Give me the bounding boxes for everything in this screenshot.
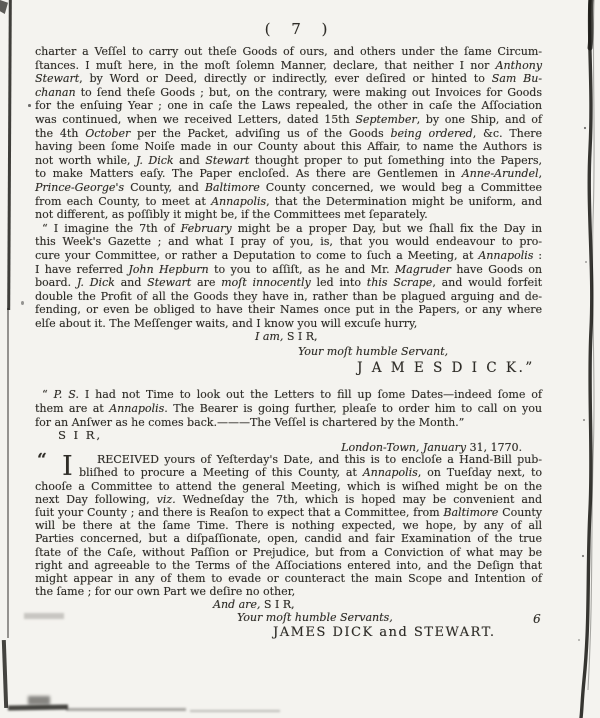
letter2: S I R, London-Town, January 31, 1770. “ … xyxy=(35,429,542,641)
text-line: to make Matters eaſy. The Paper encloſed… xyxy=(35,167,542,181)
text-line: for an Anſwer as he comes back.———The Ve… xyxy=(35,416,542,430)
text-line: ſuit your County ; and there is Reaſon t… xyxy=(35,506,542,519)
text-line: board. J. Dick and Stewart are moſt inno… xyxy=(35,276,542,290)
text-line: fending, or even be obliged to have thei… xyxy=(35,303,542,317)
valediction-line: Your moſt humble Servant, xyxy=(298,344,542,359)
valediction-line: Your moſt humble Servants, xyxy=(237,611,542,625)
scan-edge-left xyxy=(2,640,8,708)
scan-smudge-bottom xyxy=(8,704,68,710)
text-line: might appear in any of them to evade or … xyxy=(35,572,542,585)
postscript: “ P. S. I had not Time to look out the L… xyxy=(35,388,542,429)
page-number: ( 7 ) xyxy=(0,20,600,38)
text-line: the 4th October per the Packet, adviſing… xyxy=(35,127,542,141)
text-line: ſtances. I muſt here, in the moſt ſolemn… xyxy=(35,59,542,73)
text-line: cure your Committee, or rather a Deputat… xyxy=(35,249,542,263)
text-line: Parties concerned, but a diſpaſſionate, … xyxy=(35,532,542,545)
text-line: elſe about it. The Meſſenger waits, and … xyxy=(35,317,542,331)
letter2-body: “ I RECEIVED yours of Yeſterday's Date, … xyxy=(35,453,542,598)
gathering-mark: 6 xyxy=(533,612,541,626)
text-line: them are at Annapolis. The Bearer is goi… xyxy=(35,402,542,416)
opening-quote: “ xyxy=(37,454,46,467)
scan-smudge-bottom xyxy=(66,708,186,711)
letter2-closing: And are, S I R, Your moſt humble Servant… xyxy=(35,598,542,641)
text-line: Prince-George's County, and Baltimore Co… xyxy=(35,181,542,195)
text-line: double the Profit of all the Goods they … xyxy=(35,290,542,304)
text-line: for the enſuing Year ; one in caſe the L… xyxy=(35,99,542,113)
scan-corner-mark xyxy=(0,0,8,14)
valediction-line: I am, S I R, xyxy=(255,330,542,344)
text-line: ſtate of the Caſe, without Paſſion or Pr… xyxy=(35,546,542,559)
scan-smudge-bottom xyxy=(190,710,280,712)
text-line: not worth while, J. Dick and Stewart tho… xyxy=(35,154,542,168)
text-line: “ I imagine the 7th of February might be… xyxy=(35,222,542,236)
text-line: RECEIVED yours of Yeſterday's Date, and … xyxy=(35,453,542,466)
letter1-paragraph2: “ I imagine the 7th of February might be… xyxy=(35,222,542,331)
scanned-page: ( 7 ) charter a Veſſel to carry out theſ… xyxy=(0,0,600,718)
letter1-closing: I am, S I R, Your moſt humble Servant, J… xyxy=(35,330,542,377)
text-line: was continued, when we received Letters,… xyxy=(35,113,542,127)
text-line: “ P. S. I had not Time to look out the L… xyxy=(35,388,542,402)
signature: JAMES DICK and STEWART. xyxy=(273,625,542,641)
text-line: from each County, to meet at Annapolis, … xyxy=(35,195,542,209)
text-line: not different, as poſſibly it might be, … xyxy=(35,208,542,222)
valediction-line: And are, S I R, xyxy=(213,598,542,611)
signature: J A M E S D I C K.” xyxy=(357,359,542,377)
text-line: this Week's Gazette ; and what I pray of… xyxy=(35,235,542,249)
text-line: charter a Veſſel to carry out theſe Good… xyxy=(35,45,542,59)
text-line: I have referred John Hepburn to you to a… xyxy=(35,263,542,277)
text-line: the ſame ; for our own Part we deſire no… xyxy=(35,585,542,598)
text-line: chooſe a Committee to attend the general… xyxy=(35,480,542,493)
scan-smudge xyxy=(24,613,64,619)
text-line: Stewart, by Word or Deed, directly or in… xyxy=(35,72,542,86)
text-line: right and agreeable to the Terms of the … xyxy=(35,559,542,572)
scan-smudge-bottom xyxy=(28,696,50,705)
scan-edge-left xyxy=(7,308,9,638)
scan-edge-right xyxy=(574,0,600,718)
text-line: next Day following, viz. Wedneſday the 7… xyxy=(35,493,542,506)
letter1-paragraph1: charter a Veſſel to carry out theſe Good… xyxy=(35,45,542,222)
dateline: London-Town, January 31, 1770. xyxy=(35,442,542,453)
ink-speck xyxy=(28,104,31,107)
text-column: charter a Veſſel to carry out theſe Good… xyxy=(35,45,542,641)
text-line: bliſhed to procure a Meeting of this Cou… xyxy=(35,466,542,479)
drop-cap: I xyxy=(62,453,73,481)
scan-edge-left xyxy=(7,0,11,310)
text-line: having been ſome Noiſe made in our Count… xyxy=(35,140,542,154)
text-line: will be there at the ſame Time. There is… xyxy=(35,519,542,532)
text-line: chanan to ſend theſe Goods ; but, on the… xyxy=(35,86,542,100)
ink-speck xyxy=(21,301,24,305)
